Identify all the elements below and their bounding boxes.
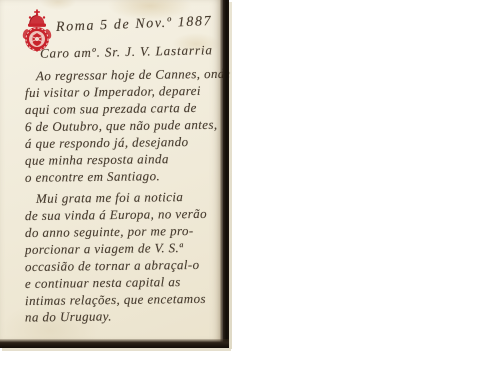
letter-line: aqui com sua prezada carta de <box>25 101 197 117</box>
scanned-letter-canvas: Roma 5 de Nov.º 1887 Caro amº. Sr. J. V.… <box>0 0 480 371</box>
letter-line: que minha resposta ainda <box>25 152 169 168</box>
letter-line: e continuar nesta capital as <box>25 275 181 291</box>
letter-line: Ao regressar hoje de Cannes, onde <box>36 67 231 83</box>
letter-page: Roma 5 de Nov.º 1887 Caro amº. Sr. J. V.… <box>0 0 222 348</box>
letter-line: occasião de tornar a abraçal-o <box>25 258 200 274</box>
letter-salutation: Caro amº. Sr. J. V. Lastarria <box>40 43 213 61</box>
underlying-page-strip-bottom <box>2 348 231 351</box>
letter-line: á que respondo já, desejando <box>25 135 189 151</box>
letter-line: fui visitar o Imperador, deparei <box>25 84 201 100</box>
underlying-page-strip-right <box>229 2 232 349</box>
letter-line: intimas relações, que encetamos <box>25 292 206 308</box>
letter-line: de sua vinda á Europa, no verão <box>25 207 207 223</box>
letter-line: do anno seguinte, por me pro- <box>25 224 194 240</box>
letter-line: porcionar a viagem de V. S.ª <box>25 241 183 257</box>
page-edge-shadow-right <box>220 0 229 348</box>
letter-line: na do Uruguay. <box>25 309 112 324</box>
letter-line: o encontre em Santiago. <box>25 169 160 185</box>
letter-line: 6 de Outubro, que não pude antes, <box>25 118 218 134</box>
page-edge-shadow-bottom <box>0 339 229 348</box>
letter-line: Mui grata me foi a noticia <box>36 190 183 206</box>
letter-dateline: Roma 5 de Nov.º 1887 <box>56 15 213 35</box>
